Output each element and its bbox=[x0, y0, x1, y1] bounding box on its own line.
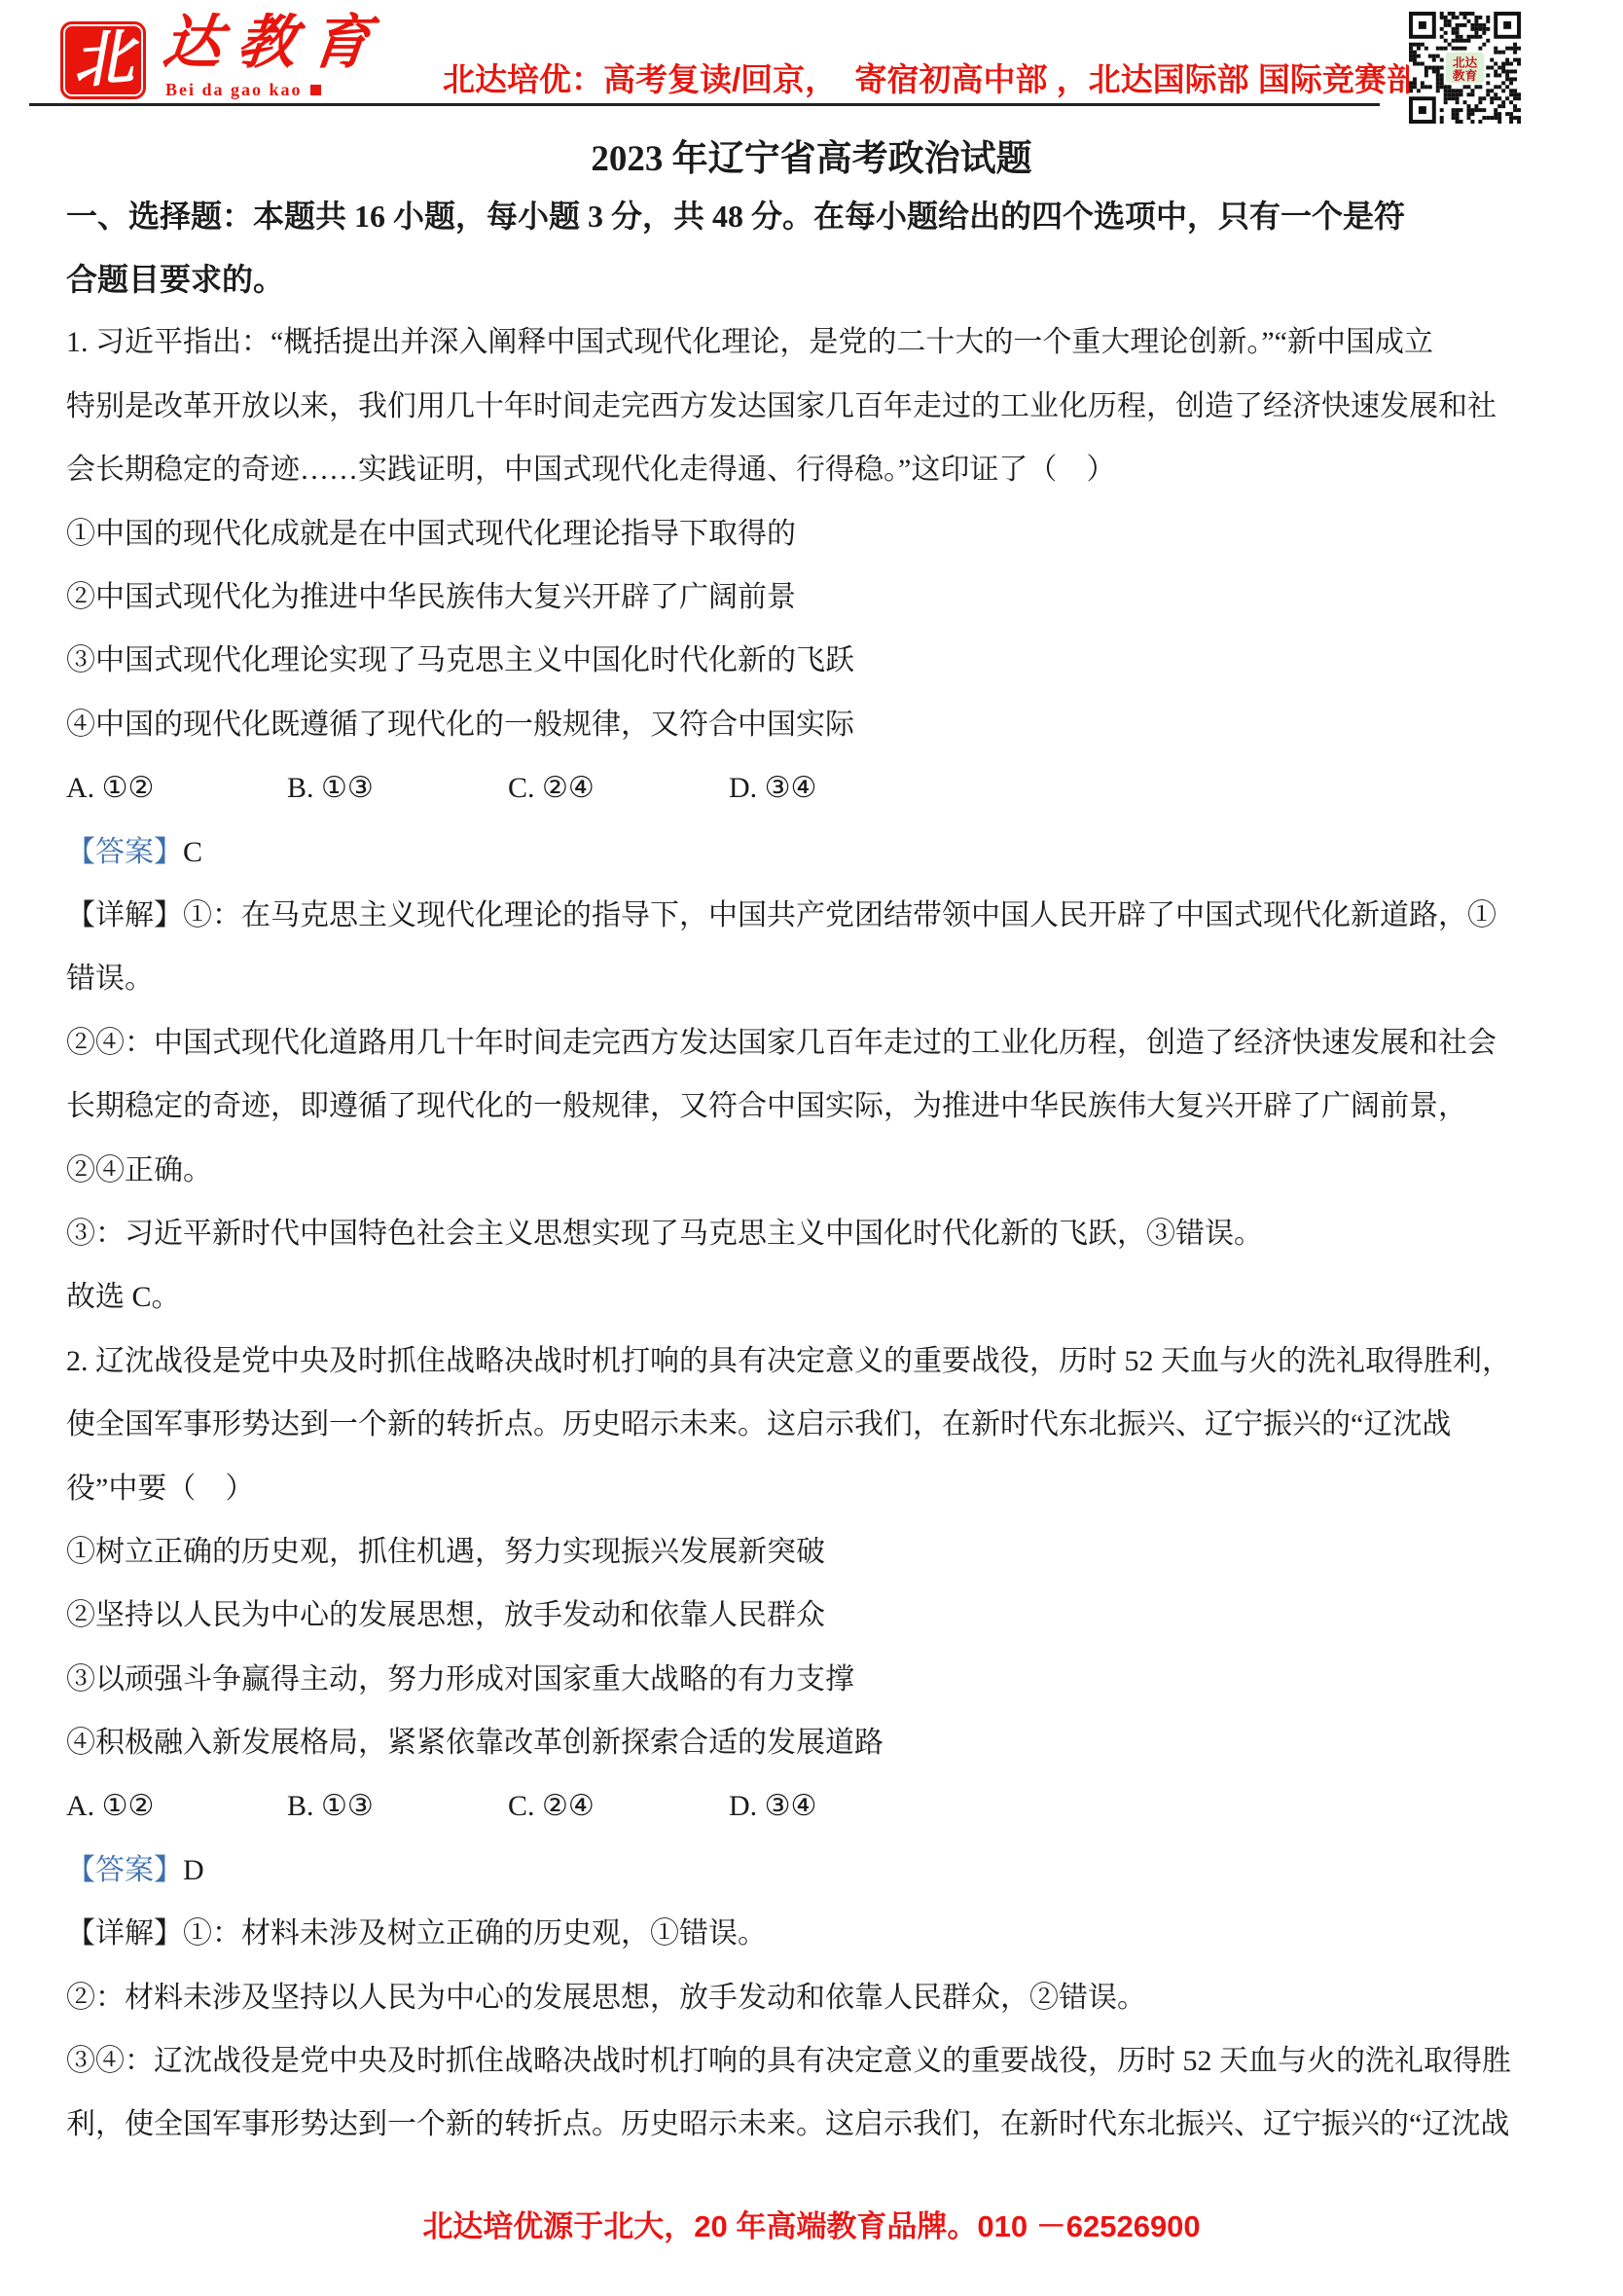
footer-banner: 北达培优源于北大，20 年高端教育品牌。010 －62526900 bbox=[0, 2202, 1623, 2245]
q2-statement-2: ②坚持以人民为中心的发展思想，放手发动和依靠人民群众 bbox=[66, 1585, 1557, 1648]
q1-stem-line: 特别是改革开放以来，我们用几十年时间走完西方发达国家几百年走过的工业化历程，创造… bbox=[66, 375, 1557, 438]
q2-option-c: C. ②④ bbox=[508, 1792, 729, 1821]
q1-detail-line: 错误。 bbox=[66, 948, 1557, 1011]
q1-option-a: A. ①② bbox=[66, 774, 287, 803]
brand-wordmark: 达教育 bbox=[161, 14, 388, 72]
answer-value: D bbox=[183, 1856, 204, 1885]
q1-statement-2: ②中国式现代化为推进中华民族伟大复兴开辟了广阔前景 bbox=[66, 565, 1557, 629]
q1-statement-3: ③中国式现代化理论实现了马克思主义中国化时代化新的飞跃 bbox=[66, 630, 1557, 693]
header-slogan: 北达培优：高考复读/回京， 寄宿初高中部 ，北达国际部 国际竞赛部 bbox=[443, 60, 1419, 99]
q1-statement-1: ①中国的现代化成就是在中国式现代化理论指导下取得的 bbox=[66, 502, 1557, 565]
q1-option-d: D. ③④ bbox=[729, 774, 816, 803]
q2-stem-line: 2. 辽沈战役是党中央及时抓住战略决战时机打响的具有决定意义的重要战役，历时 5… bbox=[66, 1330, 1557, 1393]
q2-stem-line: 使全国军事形势达到一个新的转折点。历史昭示未来。这启示我们，在新时代东北振兴、辽… bbox=[66, 1393, 1557, 1456]
q1-detail-line: ③：习近平新时代中国特色社会主义思想实现了马克思主义中国化时代化新的飞跃，③错误… bbox=[66, 1202, 1557, 1265]
detail-text: ①：在马克思主义现代化理论的指导下，中国共产党团结带领中国人民开辟了中国式现代化… bbox=[183, 901, 1497, 930]
detail-text: ①：材料未涉及树立正确的历史观，①错误。 bbox=[183, 1919, 767, 1949]
svg-text:教育: 教育 bbox=[1452, 68, 1478, 83]
document-body: 一、选择题：本题共 16 小题，每小题 3 分，共 48 分。在每小题给出的四个… bbox=[66, 184, 1557, 2157]
q2-statement-3: ③以顽强斗争赢得主动，努力形成对国家重大战略的有力支撑 bbox=[66, 1648, 1557, 1711]
q1-detail-line: ②④：中国式现代化道路用几十年时间走完西方发达国家几百年走过的工业化历程，创造了… bbox=[66, 1011, 1557, 1075]
q1-detail-line: 【详解】 ①：在马克思主义现代化理论的指导下，中国共产党团结带领中国人民开辟了中… bbox=[66, 884, 1557, 947]
qr-center-label: 北达 教育 bbox=[1446, 53, 1485, 84]
answer-label: 【答案】 bbox=[66, 838, 183, 867]
q2-statement-4: ④积极融入新发展格局，紧紧依靠改革创新探索合适的发展道路 bbox=[66, 1711, 1557, 1774]
q1-conclusion-line: 故选 C。 bbox=[66, 1266, 1557, 1330]
exam-document-page: { "header": { "logo_seal_char": "北", "lo… bbox=[0, 0, 1623, 2296]
q2-option-a: A. ①② bbox=[66, 1792, 287, 1821]
svg-text:北达: 北达 bbox=[1453, 55, 1478, 69]
q1-option-c: C. ②④ bbox=[508, 774, 729, 803]
page-title: 2023 年辽宁省高考政治试题 bbox=[0, 128, 1623, 181]
section-heading-line: 一、选择题：本题共 16 小题，每小题 3 分，共 48 分。在每小题给出的四个… bbox=[66, 184, 1557, 247]
q1-options-row: A. ①② B. ①③ C. ②④ D. ③④ bbox=[66, 757, 1557, 820]
q1-stem-line: 1. 习近平指出：“概括提出并深入阐释中国式现代化理论，是党的二十大的一个重大理… bbox=[66, 311, 1557, 375]
brand-seal-logo: 北 bbox=[60, 21, 146, 99]
detail-label: 【详解】 bbox=[66, 901, 183, 930]
q1-stem-line: 会长期稳定的奇迹……实践证明，中国式现代化走得通、行得稳。”这印证了（ ） bbox=[66, 439, 1557, 502]
brand-subtitle-text: Bei da gao kao bbox=[165, 80, 303, 100]
q2-options-row: A. ①② B. ①③ C. ②④ D. ③④ bbox=[66, 1775, 1557, 1839]
answer-label: 【答案】 bbox=[66, 1856, 183, 1885]
answer-value: C bbox=[183, 838, 202, 867]
q2-detail-line: ③④：辽沈战役是党中央及时抓住战略决战时机打响的具有决定意义的重要战役，历时 5… bbox=[66, 2029, 1557, 2093]
q2-option-b: B. ①③ bbox=[287, 1792, 508, 1821]
header-rule bbox=[29, 103, 1380, 106]
q2-option-d: D. ③④ bbox=[729, 1792, 816, 1821]
q1-option-b: B. ①③ bbox=[287, 774, 508, 803]
seal-character: 北 bbox=[71, 28, 135, 92]
brand-subtitle: Bei da gao kao bbox=[165, 80, 321, 100]
q2-detail-line: ②：材料未涉及坚持以人民为中心的发展思想，放手发动和依靠人民群众，②错误。 bbox=[66, 1966, 1557, 2029]
brand-square-icon bbox=[310, 85, 321, 95]
q2-detail-line: 【详解】 ①：材料未涉及树立正确的历史观，①错误。 bbox=[66, 1903, 1557, 1966]
q2-statement-1: ①树立正确的历史观，抓住机遇，努力实现振兴发展新突破 bbox=[66, 1520, 1557, 1584]
q2-detail-line: 利，使全国军事形势达到一个新的转折点。历史昭示未来。这启示我们，在新时代东北振兴… bbox=[66, 2094, 1557, 2157]
q1-answer-row: 【答案】 C bbox=[66, 820, 1557, 884]
q1-detail-line: 长期稳定的奇迹，即遵循了现代化的一般规律，又符合中国实际，为推进中华民族伟大复兴… bbox=[66, 1075, 1557, 1138]
section-heading-line: 合题目要求的。 bbox=[66, 247, 1557, 310]
q1-detail-line: ②④正确。 bbox=[66, 1139, 1557, 1202]
q2-stem-line: 役”中要（ ） bbox=[66, 1457, 1557, 1520]
q1-statement-4: ④中国的现代化既遵循了现代化的一般规律，又符合中国实际 bbox=[66, 693, 1557, 756]
q2-answer-row: 【答案】 D bbox=[66, 1839, 1557, 1902]
qr-code: 北达 教育 bbox=[1409, 12, 1521, 124]
detail-label: 【详解】 bbox=[66, 1919, 183, 1949]
